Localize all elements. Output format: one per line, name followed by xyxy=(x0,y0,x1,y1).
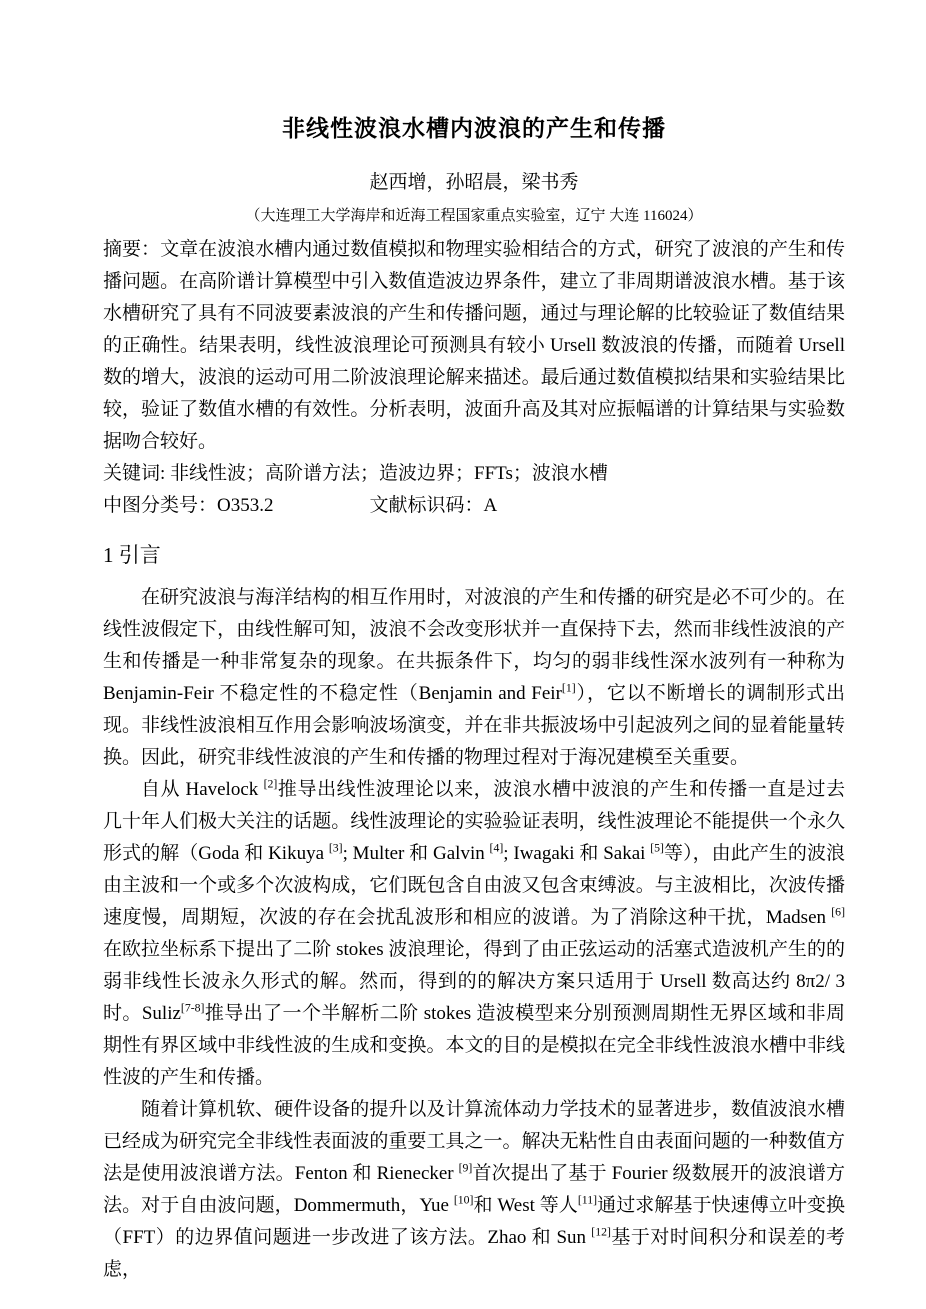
abstract-text: 文章在波浪水槽内通过数值模拟和物理实验相结合的方式，研究了波浪的产生和传播问题。… xyxy=(103,239,845,452)
keywords-text: 非线性波；高阶谱方法；造波边界；FFTs；波浪水槽 xyxy=(170,463,608,484)
keywords-line: 关键词: 非线性波；高阶谱方法；造波边界；FFTs；波浪水槽 xyxy=(103,458,845,490)
intro-paragraph-1: 在研究波浪与海洋结构的相互作用时，对波浪的产生和传播的研究是必不可少的。在线性波… xyxy=(103,582,845,774)
intro-paragraph-3: 随着计算机软、硬件设备的提升以及计算流体动力学技术的显著进步，数值波浪水槽已经成… xyxy=(103,1094,845,1286)
paper-page: 非线性波浪水槽内波浪的产生和传播 赵西增，孙昭晨，梁书秀 （大连理工大学海岸和近… xyxy=(0,0,926,1309)
doc-code-value: A xyxy=(484,495,498,516)
keywords-label: 关键词: xyxy=(103,463,170,484)
abstract-label: 摘要： xyxy=(103,239,160,260)
intro-paragraph-2: 自从 Havelock [2]推导出线性波理论以来，波浪水槽中波浪的产生和传播一… xyxy=(103,774,845,1094)
authors-line: 赵西增，孙昭晨，梁书秀 xyxy=(103,170,845,196)
section-1-heading: 1 引言 xyxy=(103,540,845,570)
abstract-paragraph: 摘要：文章在波浪水槽内通过数值模拟和物理实验相结合的方式，研究了波浪的产生和传播… xyxy=(103,234,845,458)
affiliation-line: （大连理工大学海岸和近海工程国家重点实验室，辽宁 大连 116024） xyxy=(103,206,845,226)
clc-line: 中图分类号：O353.2文献标识码：A xyxy=(103,490,845,522)
clc-value: O353.2 xyxy=(217,495,273,516)
clc-label: 中图分类号： xyxy=(103,495,217,516)
paper-title: 非线性波浪水槽内波浪的产生和传播 xyxy=(103,112,845,146)
doc-code-label: 文献标识码： xyxy=(370,495,484,516)
